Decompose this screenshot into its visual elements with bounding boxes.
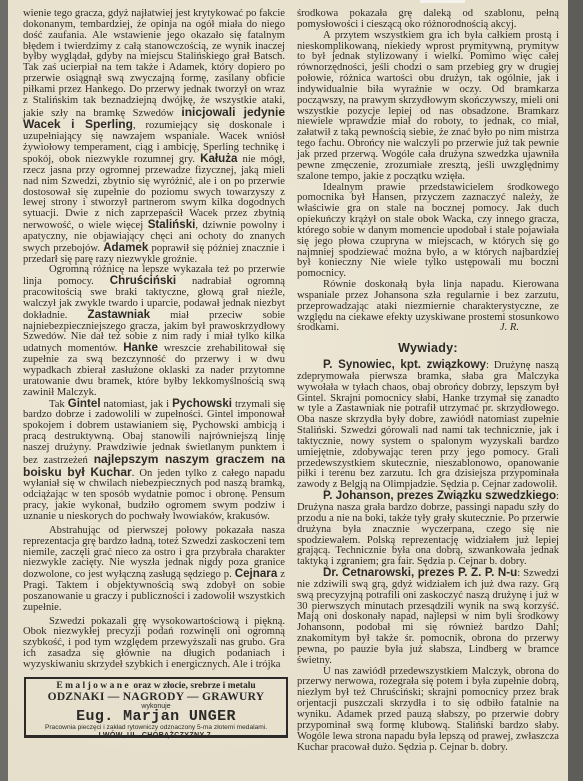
paragraph-right-2: A przytem wszystkiem gra ich była całkie… (297, 31, 559, 183)
interview-3: Dr. Cetnarowski, prezes P. Z. P. N-u: Sz… (297, 568, 559, 667)
bold-name: Gintel (68, 397, 101, 410)
text-run: natomiast, jak i (101, 399, 173, 410)
interview-text: : Szwedzi nie zdziwili swą grą, gdyż wid… (297, 568, 559, 666)
ad-description: Pracownia pieczęci i zakład rytowniczy o… (26, 724, 286, 731)
paragraph-right-1: środkowa pokazała grę daleką od szablonu… (297, 9, 559, 31)
ad-text: oraz w złocie, srebrze i metalu (131, 681, 256, 691)
interview-text: : Drużynę naszą zdeprymowała pierwsza br… (297, 360, 559, 490)
bold-name: Zastawniak (88, 308, 151, 321)
ad-line-1: Emaljowane oraz w złocie, srebrze i meta… (26, 681, 286, 691)
bold-name: Chruściński (110, 274, 176, 287)
bold-name: Cejnara (235, 567, 278, 580)
right-column: środkowa pokazała grę daleką od szablonu… (297, 9, 559, 753)
ad-address: LWÓW, UL. CHORĄŻCZYZNY 7. (26, 731, 286, 741)
text-run: wienie tego gracza, gdyż najłatwiej jest… (23, 8, 285, 119)
speaker-name: P. Synowiec, kpt. związkowy (323, 358, 486, 371)
text-run: Szwedzi pokazali grę wysokowartościową i… (23, 616, 285, 670)
paragraph-left-2: Ogromną różnicę na lepsze wykazała też p… (23, 265, 285, 398)
paragraph-left-1: wienie tego gracza, gdyż najłatwiej jest… (23, 9, 285, 265)
ad-company-name: Eug. Marjan UNGER (26, 710, 286, 724)
interview-text: : Drużyna nasza grała bardzo dobrze, pas… (297, 491, 559, 567)
speaker-name: P. Johanson, prezes Związku szwedzkiego (323, 489, 556, 502)
speaker-name: Dr. Cetnarowski, prezes P. Z. P. N-u (323, 566, 517, 579)
paragraph-left-3: Tak Gintel natomiast, jak i Pychowski tr… (23, 399, 285, 523)
interview-1: P. Synowiec, kpt. związkowy: Drużynę nas… (297, 360, 559, 491)
bold-name: Adamek (103, 241, 148, 254)
left-column: wienie tego gracza, gdyż najłatwiej jest… (23, 9, 285, 671)
page-top-tear (420, 0, 465, 3)
advertisement-box: Emaljowane oraz w złocie, srebrze i meta… (24, 677, 288, 738)
page-right-edge (568, 0, 583, 781)
paragraph-right-final: U nas zawiódł przedewszystkiem Malczyk, … (297, 667, 559, 754)
ad-headline: ODZNAKI — NAGRODY — GRAWURY (26, 691, 286, 703)
paragraph-left-4: Abstrahując od pierwszej połowy pokazała… (23, 526, 285, 614)
text-run: Tak (49, 399, 68, 410)
paragraph-right-3: Idealnym prawie przedstawicielem środkow… (297, 183, 559, 281)
bold-name: Kałuża (200, 152, 237, 165)
section-heading: Wywiady: (297, 343, 559, 354)
ad-spaced-word: Emaljowane (56, 681, 131, 691)
bold-name: Staliński (148, 218, 196, 231)
paragraph-left-5: Szwedzi pokazali grę wysokowartościową i… (23, 617, 285, 671)
bold-name: Pychowski (172, 397, 232, 410)
interview-2: P. Johanson, prezes Związku szwedzkiego:… (297, 491, 559, 568)
bold-name: Hanke (123, 341, 158, 354)
